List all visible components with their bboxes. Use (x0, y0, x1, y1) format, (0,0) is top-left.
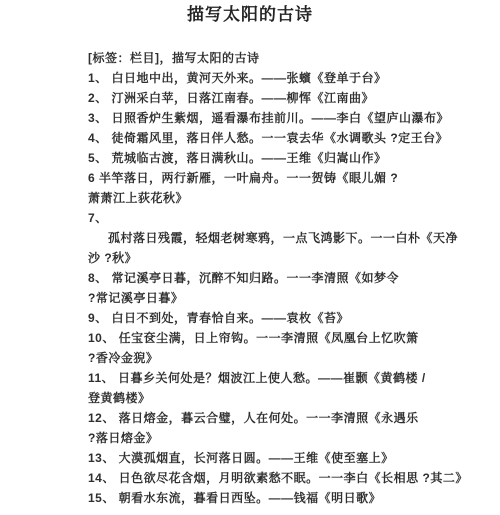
poem-line: 孤村落日残霞，轻烟老树寒鸦，一点飞鸿影下。一一白朴《天净 (88, 228, 470, 248)
poem-line: 4、 徒倚霜风里，落日伴人愁。一一袁去华《水调歌头 ?定王台》 (88, 128, 470, 148)
poem-line: 9、 白日不到处，青春恰自来。——袁枚《苔》 (88, 308, 470, 328)
page-title: 描写太阳的古诗 (0, 0, 500, 25)
poem-line: 13、 大漠孤烟直，长河落日圆。——王维《使至塞上》 (88, 448, 470, 468)
poem-line: 6 半竿落日，两行新雁，一叶扁舟。一一贺铸《眼儿媚 ? (88, 168, 470, 188)
poem-line: 5、 荒城临古渡，落日满秋山。——王维《归嵩山作》 (88, 148, 470, 168)
poem-line: ?香冷金猊》 (88, 348, 470, 368)
poem-line: 11、 日暮乡关何处是？烟波江上使人愁。——崔颢《黄鹤楼 / (88, 368, 470, 388)
poem-list: [标签：栏目]，描写太阳的古诗1、 白日地中出，黄河天外来。——张蠙《登单于台》… (0, 48, 500, 508)
poem-line: 15、 朝看水东流，暮看日西坠。——钱福《明日歌》 (88, 488, 470, 508)
poem-line: 12、 落日熔金，暮云合璧，人在何处。一一李清照《永遇乐 (88, 408, 470, 428)
poem-line: [标签：栏目]，描写太阳的古诗 (88, 48, 470, 68)
document-page: 描写太阳的古诗 [标签：栏目]，描写太阳的古诗1、 白日地中出，黄河天外来。——… (0, 0, 500, 515)
poem-line: 14、 日色欲尽花含烟，月明欲素愁不眠。一一李白《长相思 ?其二》 (88, 468, 470, 488)
poem-line: 7、 (88, 208, 470, 228)
poem-line: 萧萧江上荻花秋》 (88, 188, 470, 208)
poem-line: 2、 汀洲采白苹，日落江南春。——柳恽《江南曲》 (88, 88, 470, 108)
poem-line: 8、 常记溪亭日暮，沉醉不知归路。一一李清照《如梦令 (88, 268, 470, 288)
poem-line: 沙 ?秋》 (88, 248, 470, 268)
poem-line: 10、 任宝奁尘满，日上帘钩。一一李清照《凤凰台上忆吹箫 (88, 328, 470, 348)
poem-line: ?落日熔金》 (88, 428, 470, 448)
poem-line: 登黄鹤楼》 (88, 388, 470, 408)
poem-line: 1、 白日地中出，黄河天外来。——张蠙《登单于台》 (88, 68, 470, 88)
poem-line: 3、 日照香炉生紫烟，遥看瀑布挂前川。——李白《望庐山瀑布》 (88, 108, 470, 128)
poem-line: ?常记溪亭日暮》 (88, 288, 470, 308)
